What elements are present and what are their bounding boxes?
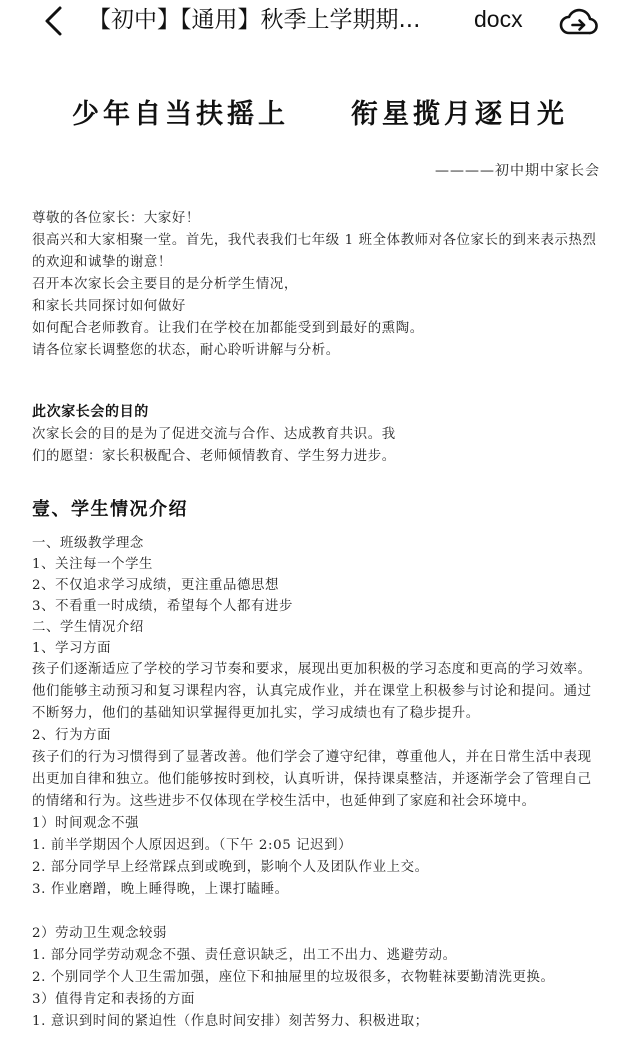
- section-line: 3）值得肯定和表扬的方面: [32, 988, 195, 1007]
- section-line: 1、关注每一个学生: [32, 553, 153, 572]
- section-line: 3. 作业磨蹭，晚上睡得晚，上课打瞌睡。: [32, 878, 289, 897]
- section-line: 2）劳动卫生观念较弱: [32, 922, 167, 941]
- section-line: 他们能够主动预习和复习课程内容，认真完成作业，并在课堂上积极参与讨论和提问。通过: [32, 680, 592, 699]
- cloud-upload-icon: [558, 3, 600, 39]
- section-line: 孩子们逐渐适应了学校的学习节奏和要求，展现出更加积极的学习态度和更高的学习效率。: [32, 658, 592, 677]
- section-line: 1）时间观念不强: [32, 812, 139, 831]
- greeting-line: 召开本次家长会主要目的是分析学生情况，: [32, 273, 298, 292]
- greeting-line: 请各位家长调整您的状态，耐心聆听讲解与分析。: [32, 339, 340, 358]
- document-title: 【初中】【通用】秋季上学期期...: [88, 4, 420, 36]
- section-heading: 壹、学生情况介绍: [32, 495, 188, 521]
- section-line: 1、学习方面: [32, 637, 111, 656]
- greeting-line: 很高兴和大家相聚一堂。首先，我代表我们七年级 1 班全体教师对各位家长的到来表示…: [32, 229, 596, 248]
- purpose-line: 们的愿望：家长积极配合、老师倾情教育、学生努力进步。: [32, 445, 396, 464]
- doc-heading: 少年自当扶摇上 衔星揽月逐日光: [0, 92, 640, 131]
- section-line: 一、班级教学理念: [32, 532, 144, 551]
- section-line: 2. 个别同学个人卫生需加强，座位下和抽屉里的垃圾很多，衣物鞋袜要勤清洗更换。: [32, 966, 555, 985]
- section-line: 2、不仅追求学习成绩，更注重品德思想: [32, 574, 279, 593]
- greeting-line: 如何配合老师教育。让我们在学校在加都能受到到最好的熏陶。: [32, 317, 424, 336]
- section-line: 二、学生情况介绍: [32, 616, 144, 635]
- section-line: 2、行为方面: [32, 724, 111, 743]
- file-extension: docx: [474, 4, 523, 34]
- section-line: 3、不看重一时成绩，希望每个人都有进步: [32, 595, 293, 614]
- greeting-line: 和家长共同探讨如何做好: [32, 295, 186, 314]
- cloud-save-button[interactable]: [558, 3, 600, 39]
- greeting-line: 尊敬的各位家长：大家好！: [32, 207, 200, 226]
- section-line: 1. 意识到时间的紧迫性（作息时间安排）刻苦努力、积极进取；: [32, 1010, 429, 1029]
- section-line: 孩子们的行为习惯得到了显著改善。他们学会了遵守纪律，尊重他人，并在日常生活中表现: [32, 746, 592, 765]
- section-line: 的情绪和行为。这些进步不仅体现在学校生活中，也延伸到了家庭和社会环境中。: [32, 790, 536, 809]
- section-line: 1. 部分同学劳动观念不强、责任意识缺乏，出工不出力、逃避劳动。: [32, 944, 457, 963]
- section-line: 1. 前半学期因个人原因迟到。（下午 2:05 记迟到）: [32, 834, 352, 853]
- chevron-left-icon: [38, 4, 68, 38]
- back-button[interactable]: [38, 4, 68, 38]
- purpose-heading: 此次家长会的目的: [32, 401, 149, 421]
- section-line: 出更加自律和独立。他们能够按时到校，认真听讲，保持课桌整洁，并逐渐学会了管理自己: [32, 768, 592, 787]
- section-line: 2. 部分同学早上经常踩点到或晚到，影响个人及团队作业上交。: [32, 856, 429, 875]
- section-line: 不断努力，他们的基础知识掌握得更加扎实，学习成绩也有了稳步提升。: [32, 702, 480, 721]
- top-bar: 【初中】【通用】秋季上学期期... docx: [0, 0, 640, 44]
- purpose-line: 次家长会的目的是为了促进交流与合作、达成教育共识。我: [32, 423, 396, 442]
- greeting-line: 的欢迎和诚挚的谢意！: [32, 251, 172, 270]
- doc-subtitle: ————初中期中家长会: [435, 160, 600, 180]
